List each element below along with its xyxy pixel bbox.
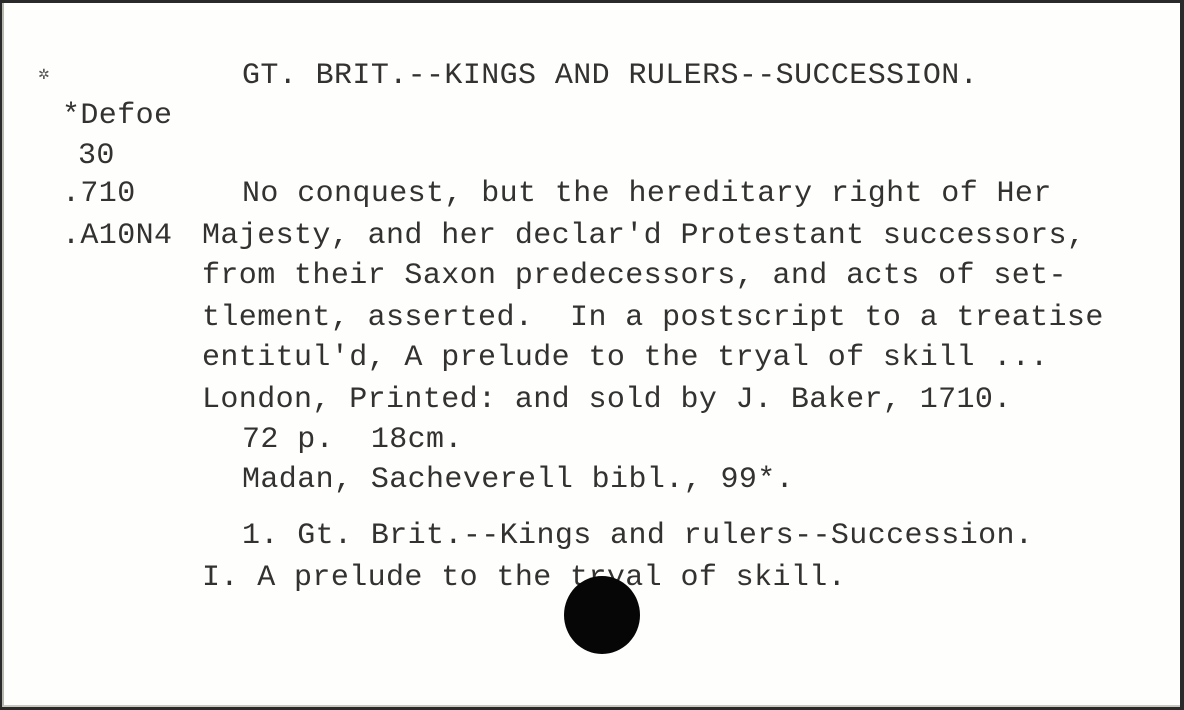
body-line: tlement, asserted. In a postscript to a … bbox=[202, 303, 1104, 333]
body-line: No conquest, but the hereditary right of… bbox=[242, 179, 1052, 209]
call-number-line: 30 bbox=[78, 141, 115, 171]
call-number-line: .A10N4 bbox=[62, 221, 172, 251]
card-punch-hole bbox=[564, 576, 640, 654]
collation: 72 p. 18cm. bbox=[242, 425, 463, 455]
tracing-subject: 1. Gt. Brit.--Kings and rulers--Successi… bbox=[242, 521, 1033, 551]
catalog-card: ✲ GT. BRIT.--KINGS AND RULERS--SUCCESSIO… bbox=[2, 3, 1180, 707]
body-line: entitul'd, A prelude to the tryal of ski… bbox=[202, 343, 1049, 373]
call-number-line: .710 bbox=[62, 179, 136, 209]
body-line: Majesty, and her declar'd Protestant suc… bbox=[202, 221, 1085, 251]
body-line: London, Printed: and sold by J. Baker, 1… bbox=[202, 385, 1012, 415]
call-number-line: *Defoe bbox=[62, 101, 172, 131]
body-line: from their Saxon predecessors, and acts … bbox=[202, 261, 1067, 291]
tracing-title: I. A prelude to the tryal of skill. bbox=[202, 563, 846, 593]
corner-mark: ✲ bbox=[38, 67, 50, 83]
bibliographic-reference: Madan, Sacheverell bibl., 99*. bbox=[242, 465, 794, 495]
subject-heading: GT. BRIT.--KINGS AND RULERS--SUCCESSION. bbox=[242, 61, 978, 91]
